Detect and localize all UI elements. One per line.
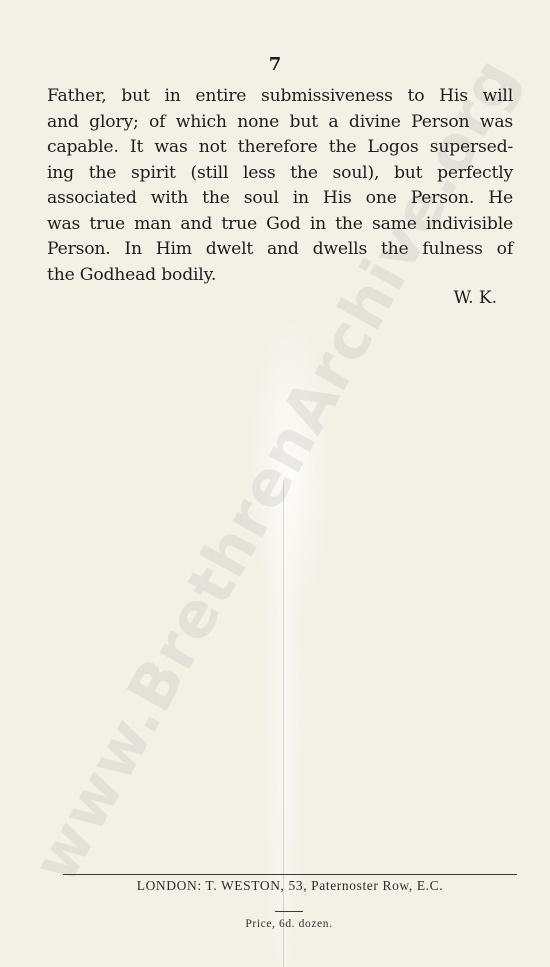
text-line: Person. In Him dwelt and dwells the fuln… bbox=[47, 237, 513, 263]
publisher-imprint: LONDON: T. WESTON, 53, Paternoster Row, … bbox=[0, 878, 550, 894]
body-text: Father, but in entire submissiveness to … bbox=[47, 84, 513, 288]
text-line: the Godhead bodily. bbox=[47, 263, 513, 289]
text-line: was true man and true God in the same in… bbox=[47, 212, 513, 238]
price-divider bbox=[275, 911, 303, 912]
author-signature: W. K. bbox=[454, 288, 497, 308]
text-line: capable. It was not therefore the Logos … bbox=[47, 135, 513, 161]
text-line: ing the spirit (still less the soul), bu… bbox=[47, 161, 513, 187]
footer-divider bbox=[63, 874, 517, 875]
price-note: Price, 6d. dozen. bbox=[0, 918, 550, 930]
page-number: 7 bbox=[0, 54, 550, 75]
text-line: associated with the soul in His one Pers… bbox=[47, 186, 513, 212]
text-line: Father, but in entire submissiveness to … bbox=[47, 84, 513, 110]
text-line: and glory; of which none but a divine Pe… bbox=[47, 110, 513, 136]
